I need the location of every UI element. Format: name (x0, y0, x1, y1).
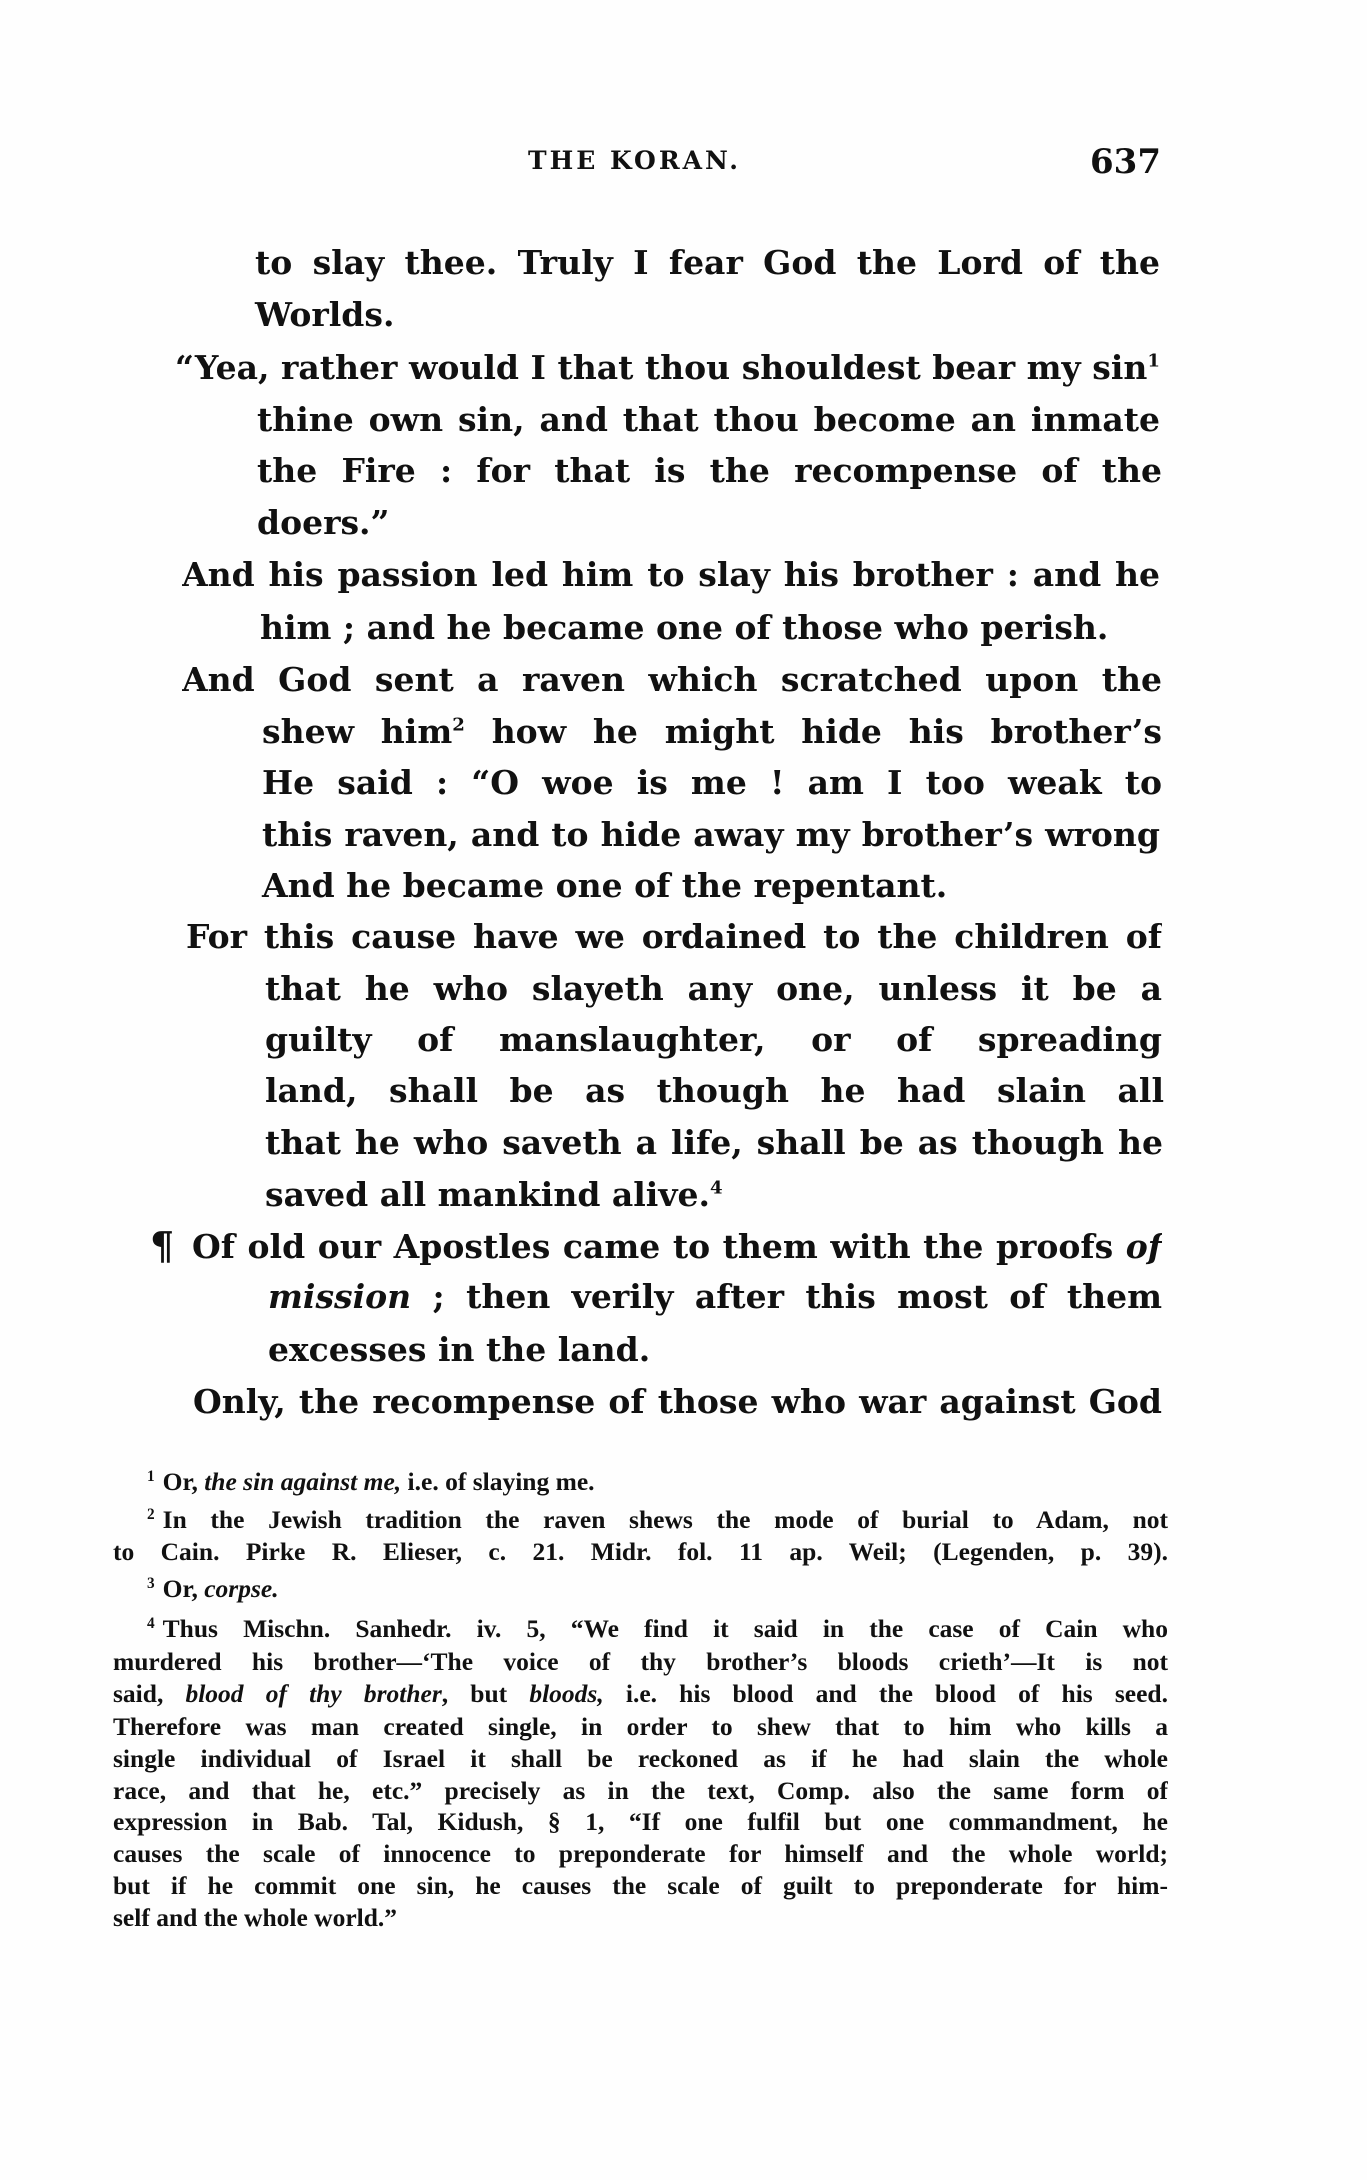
footnote-4-cont: but if he commit one sin, he causes the … (113, 1871, 1168, 1901)
body-line: He said : “O woe is me ! am I too weak t… (262, 763, 1162, 803)
footnote-4-cont: single individual of Israel it shall be … (113, 1744, 1168, 1774)
italic-text: bloods, (529, 1679, 603, 1708)
footnote-4-cont: race, and that he, etc.” precisely as in… (113, 1776, 1168, 1806)
text: him ; and he became one of those who per… (260, 608, 1108, 647)
text: Of old our Apostles came to them with th… (192, 1227, 1126, 1266)
text: Only, the recompense of those who war ag… (193, 1382, 1162, 1422)
footnote-2-cont: to Cain. Pirke R. Elieser, c. 21. Midr. … (113, 1537, 1168, 1567)
footnote-4-cont: said, blood of thy brother, but bloods, … (113, 1679, 1168, 1709)
text: said, (113, 1679, 185, 1708)
text: In the Jewish tradition the raven shews … (163, 1505, 1168, 1534)
text: Worlds. (255, 295, 394, 334)
text: , but (442, 1679, 530, 1708)
body-line: thine own sin, and that thou become an i… (257, 400, 1160, 440)
footnote-4: 4Thus Mischn. Sanhedr. iv. 5, “We find i… (147, 1614, 1168, 1644)
footnote-1: 1Or, the sin against me, i.e. of slaying… (147, 1467, 595, 1497)
text: self and the whole world.” (113, 1903, 397, 1932)
text: murdered his brother—‘The voice of thy b… (113, 1647, 1168, 1676)
text: race, and that he, etc.” precisely as in… (113, 1776, 1168, 1805)
text: excesses in the land. (268, 1330, 650, 1369)
text: And God sent a raven which scratched upo… (182, 660, 1162, 700)
footnote-ref[interactable]: 2 (452, 714, 465, 735)
text: doers.” (257, 503, 390, 542)
page-number: 637 (1090, 142, 1161, 182)
body-line: that he who slayeth any one, unless it b… (265, 969, 1162, 1009)
footnote-ref[interactable]: 1 (1147, 350, 1160, 371)
text: Thus Mischn. Sanhedr. iv. 5, “We find it… (163, 1614, 1168, 1643)
italic-text: mission (268, 1277, 411, 1316)
body-line: to slay thee. Truly I fear God the Lord … (255, 243, 1160, 283)
text: “Yea, rather would I that thou shouldest… (175, 348, 1147, 387)
text: the Fire : for that is the recompense of… (257, 451, 1162, 491)
running-title: THE KORAN. (528, 146, 741, 175)
body-line: guilty of manslaughter, or of spreading … (265, 1020, 1162, 1060)
footnote-ref[interactable]: 4 (710, 1177, 723, 1198)
footnote-2: 2In the Jewish tradition the raven shews… (147, 1505, 1168, 1535)
body-line: “Yea, rather would I that thou shouldest… (175, 348, 1160, 388)
body-line: land, shall be as though he had slain al… (265, 1071, 1164, 1111)
body-line: mission ; then verily after this most of… (268, 1277, 1162, 1317)
text: that he who slayeth any one, unless it b… (265, 969, 1162, 1009)
text: Therefore was man created single, in ord… (113, 1712, 1168, 1741)
italic-text: the sin against me, (204, 1467, 401, 1496)
body-line: this raven, and to hide away my brother’… (262, 815, 1160, 855)
italic-text: corpse. (204, 1574, 278, 1603)
text: i.e. his blood and the blood of his seed… (604, 1679, 1168, 1708)
text: but if he commit one sin, he causes the … (113, 1871, 1168, 1900)
footnote-4-cont: expression in Bab. Tal, Kidush, § 1, “If… (113, 1807, 1168, 1837)
text: He said : “O woe is me ! am I too weak t… (262, 763, 1162, 803)
text: And his passion led him to slay his brot… (182, 555, 1160, 595)
body-line: Worlds. (255, 295, 394, 335)
body-line: And his passion led him to slay his brot… (182, 555, 1160, 595)
pilcrow-icon: ¶ (150, 1226, 174, 1266)
text: expression in Bab. Tal, Kidush, § 1, “If… (113, 1807, 1168, 1836)
text: i.e. of slaying me. (401, 1467, 594, 1496)
text: that he who saveth a life, shall be as t… (265, 1123, 1163, 1163)
body-line: doers.” (257, 503, 390, 543)
body-line: And he became one of the repentant. (262, 866, 947, 906)
body-line: Only, the recompense of those who war ag… (193, 1382, 1162, 1422)
text: to Cain. Pirke R. Elieser, c. 21. Midr. … (113, 1537, 1168, 1566)
text: to slay thee. Truly I fear God the Lord … (255, 243, 1160, 282)
body-line: that he who saveth a life, shall be as t… (265, 1123, 1163, 1163)
text: shew him (262, 712, 452, 751)
body-line: excesses in the land. (268, 1330, 650, 1370)
body-line: For this cause have we ordained to the c… (186, 917, 1162, 957)
body-line: And God sent a raven which scratched upo… (182, 660, 1162, 700)
text: saved all mankind alive. (265, 1175, 710, 1214)
body-line: Of old our Apostles came to them with th… (192, 1227, 1162, 1267)
footnote-4-cont: Therefore was man created single, in ord… (113, 1712, 1168, 1742)
text: Or, (163, 1467, 205, 1496)
text: Or, (163, 1574, 205, 1603)
footnote-3: 3Or, corpse. (147, 1574, 279, 1604)
footnote-4-cont: causes the scale of innocence to prepond… (113, 1839, 1168, 1869)
book-page: THE KORAN. 637 to slay thee. Truly I fea… (0, 0, 1367, 2180)
text: this raven, and to hide away my brother’… (262, 815, 1160, 855)
text: For this cause have we ordained to the c… (186, 917, 1162, 957)
footnote-marker: 4 (147, 1615, 155, 1632)
footnote-marker: 3 (147, 1575, 155, 1592)
text: single individual of Israel it shall be … (113, 1744, 1168, 1773)
footnote-marker: 2 (147, 1506, 155, 1523)
body-line: the Fire : for that is the recompense of… (257, 451, 1162, 491)
footnote-4-cont: self and the whole world.” (113, 1903, 397, 1933)
body-line: shew him2 how he might hide his brother’… (262, 712, 1162, 752)
footnote-marker: 1 (147, 1468, 155, 1485)
body-line: saved all mankind alive.4 (265, 1175, 723, 1215)
text: causes the scale of innocence to prepond… (113, 1839, 1168, 1868)
footnote-4-cont: murdered his brother—‘The voice of thy b… (113, 1647, 1168, 1677)
text: thine own sin, and that thou become an i… (257, 400, 1160, 440)
body-line: him ; and he became one of those who per… (260, 608, 1108, 648)
text: land, shall be as though he had slain al… (265, 1071, 1164, 1111)
text: And he became one of the repentant. (262, 866, 947, 905)
text: guilty of manslaughter, or of spreading … (265, 1020, 1162, 1060)
italic-text: blood of thy brother (185, 1679, 441, 1708)
